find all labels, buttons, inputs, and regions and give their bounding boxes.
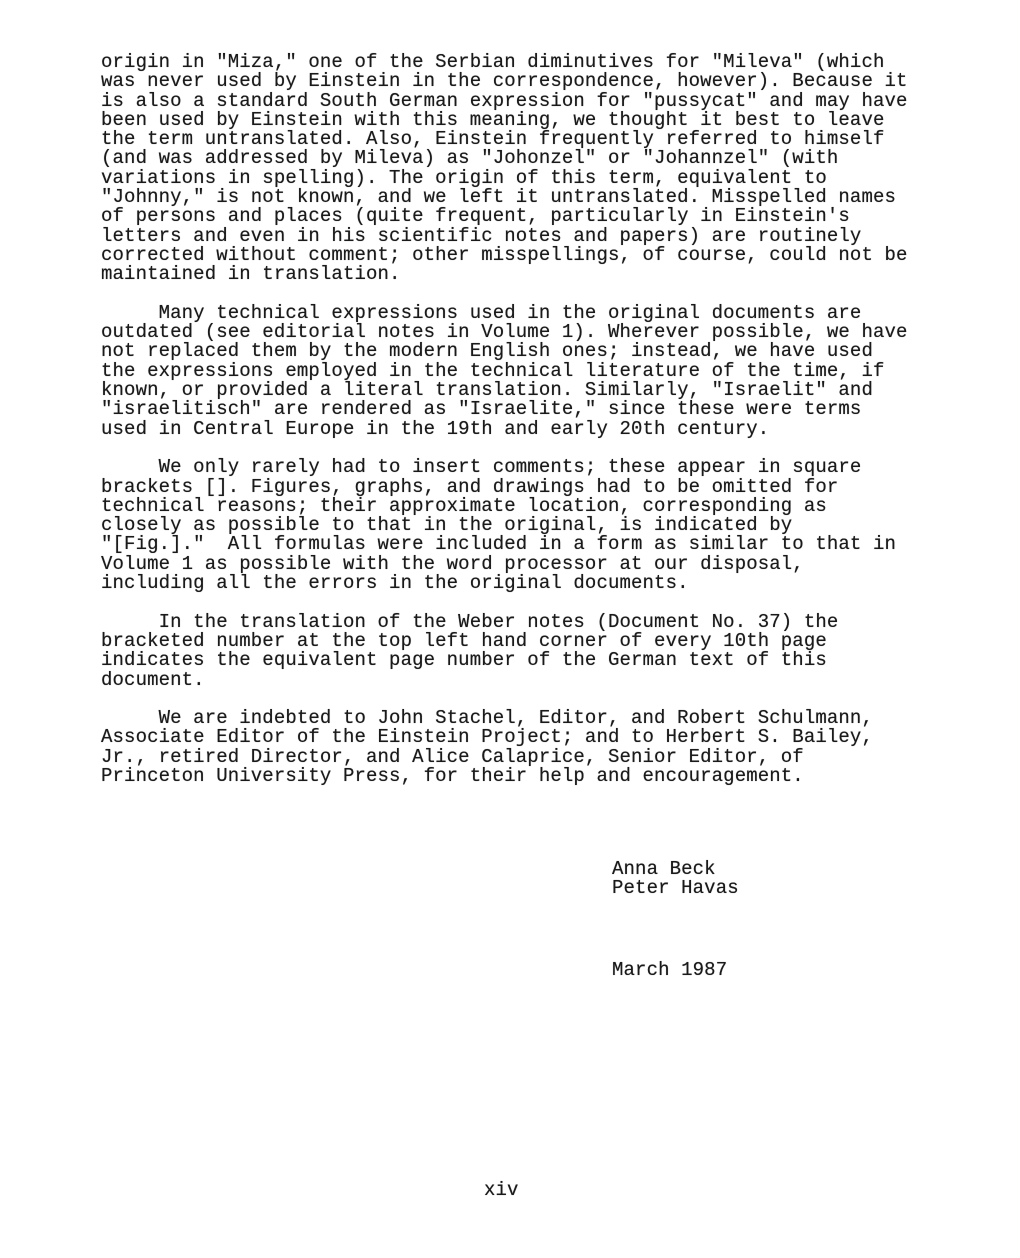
signature-block: Anna BeckPeter Havas March 1987: [612, 821, 739, 1019]
page-number: xiv: [484, 1181, 519, 1200]
scanned-document-page: origin in "Miza," one of the Serbian dim…: [0, 0, 1020, 1258]
paragraph: We only rarely had to insert comments; t…: [101, 458, 908, 593]
signature-date: March 1987: [612, 961, 739, 980]
paragraph: We are indebted to John Stachel, Editor,…: [101, 709, 908, 786]
paragraph: Many technical expressions used in the o…: [101, 304, 908, 439]
signature-name: Anna Beck: [612, 860, 739, 879]
signature-names: Anna BeckPeter Havas: [612, 860, 739, 899]
paragraph: In the translation of the Weber notes (D…: [101, 613, 908, 690]
typewritten-text: origin in "Miza," one of the Serbian dim…: [101, 53, 908, 806]
paragraph: origin in "Miza," one of the Serbian dim…: [101, 53, 908, 285]
signature-name: Peter Havas: [612, 879, 739, 898]
